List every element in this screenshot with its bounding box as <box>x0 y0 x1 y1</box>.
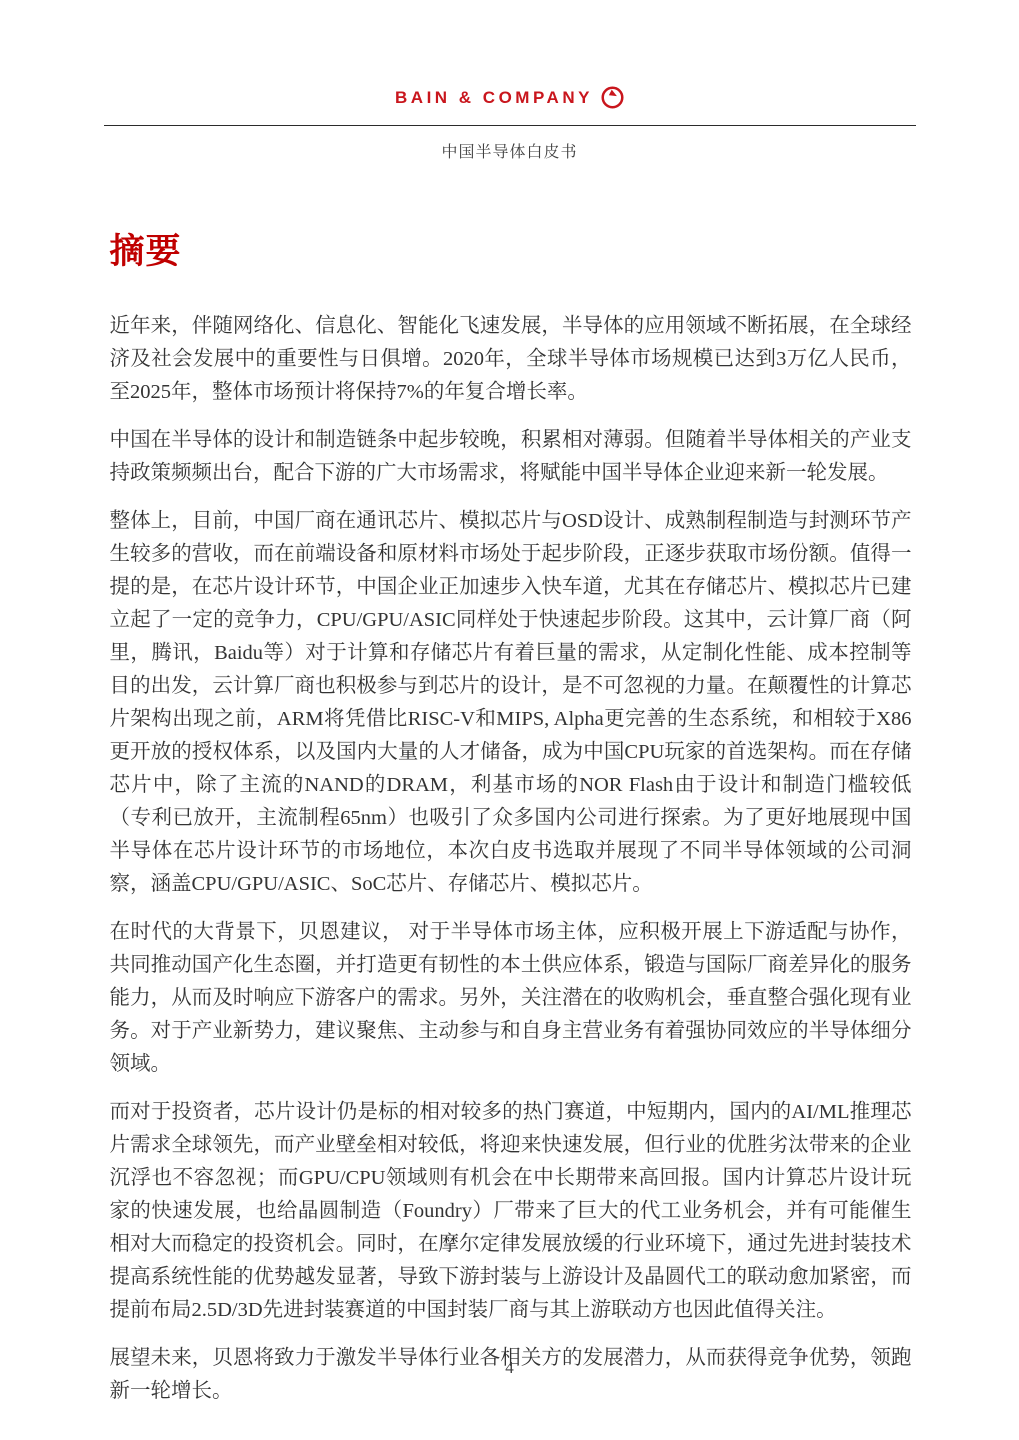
summary-paragraph-2: 中国在半导体的设计和制造链条中起步较晚，积累相对薄弱。但随着半导体相关的产业支持… <box>110 424 912 490</box>
bain-compass-icon <box>601 86 624 109</box>
header-divider <box>104 125 916 126</box>
bain-logo: BAIN & COMPANY <box>0 86 1019 109</box>
summary-paragraph-1: 近年来，伴随网络化、信息化、智能化飞速发展，半导体的应用领域不断拓展，在全球经济… <box>110 310 912 409</box>
summary-paragraph-4: 在时代的大背景下，贝恩建议， 对于半导体市场主体，应积极开展上下游适配与协作，共… <box>110 916 912 1081</box>
summary-paragraph-5: 而对于投资者，芯片设计仍是标的相对较多的热门赛道，中短期内，国内的AI/ML推理… <box>110 1096 912 1327</box>
summary-content: 摘要 近年来，伴随网络化、信息化、智能化飞速发展，半导体的应用领域不断拓展，在全… <box>108 224 912 1408</box>
page-number: 4 <box>505 1358 514 1377</box>
whitepaper-page: BAIN & COMPANY 中国半导体白皮书 摘要 近年来，伴随网络化、信息化… <box>0 0 1019 1440</box>
document-title: 中国半导体白皮书 <box>0 139 1019 162</box>
bain-logo-text: BAIN & COMPANY <box>395 88 593 108</box>
section-title: 摘要 <box>110 224 912 274</box>
page-footer: 4 <box>0 1358 1019 1378</box>
summary-paragraph-3: 整体上，目前，中国厂商在通讯芯片、模拟芯片与OSD设计、成熟制程制造与封测环节产… <box>110 505 912 901</box>
